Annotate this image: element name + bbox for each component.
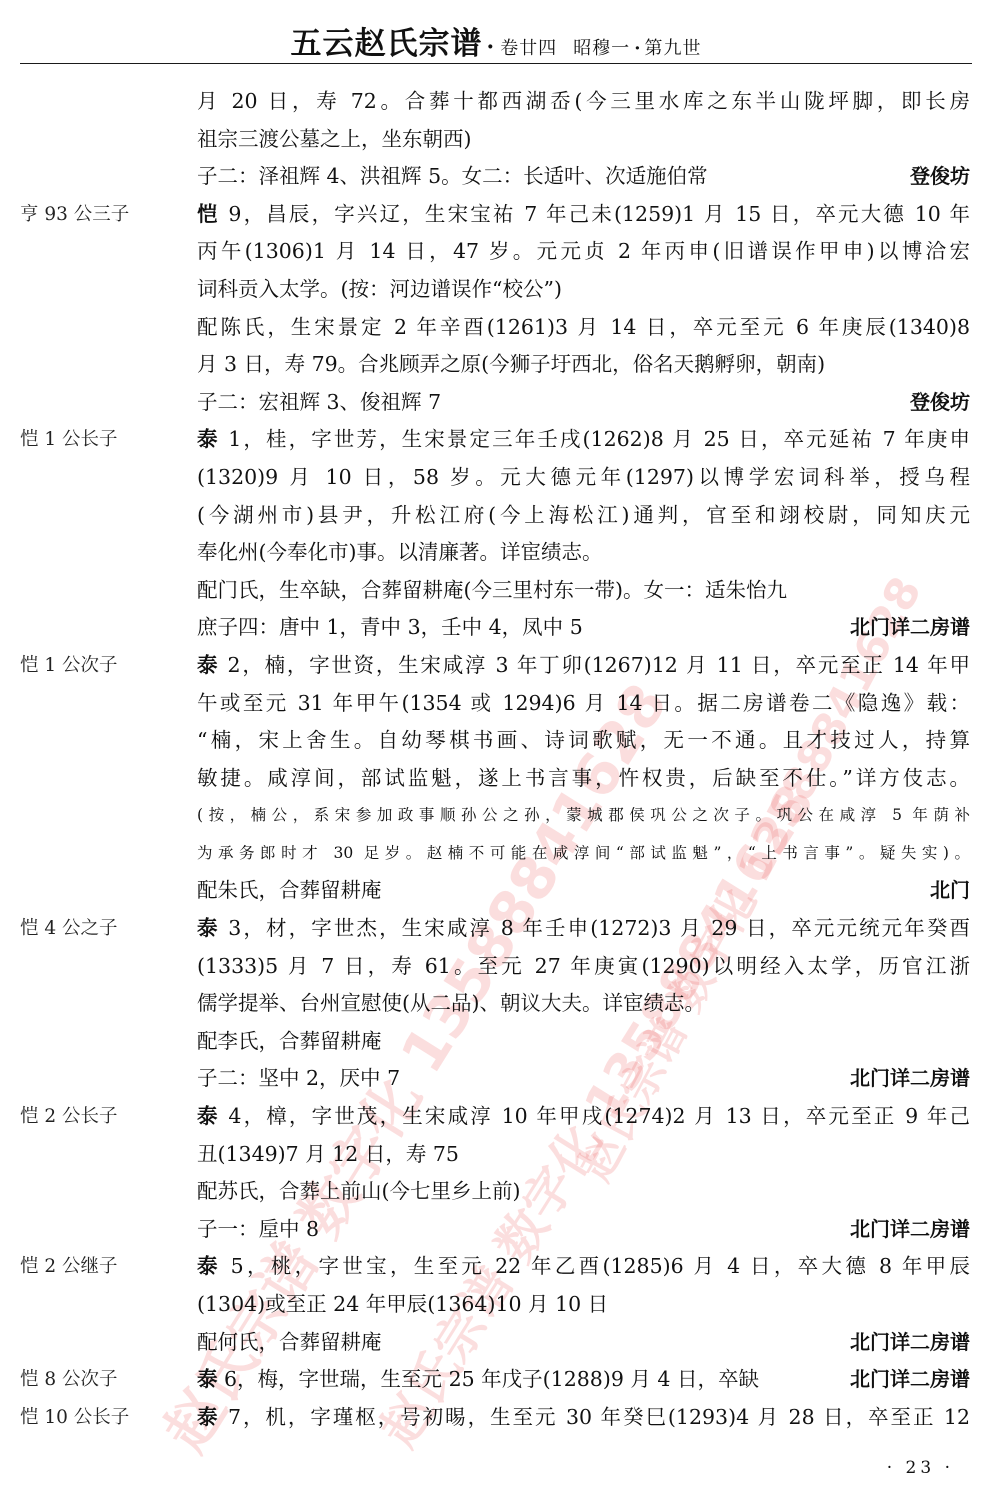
residence-tag: 北门详二房谱 xyxy=(850,609,970,647)
entry-text-content: 4，樟，字世茂，生宋咸淳 10 年甲戌(1274)2 月 13 日，卒元至正 9… xyxy=(220,1104,970,1128)
entry-line: 月 3 日，寿 79。合兆顾弄之原(今狮子圩西北，俗名天鹅孵卵，朝南) xyxy=(0,346,992,384)
residence-tag: 登俊坊 xyxy=(910,384,970,422)
entry-text: 奉化州(今奉化市)事。以清廉著。详宦绩志。 xyxy=(197,534,970,572)
lineage-label: 亨 93 公三子 xyxy=(20,196,129,234)
header-rule xyxy=(20,63,972,64)
entry-text: (今湖州市)县尹，升松江府(今上海松江)通判，官至和翊校尉，同知庆元 xyxy=(197,497,970,535)
entry-text-content: 子二：宏祖辉 3、俊祖辉 7 xyxy=(197,390,441,414)
residence-tag: 北门详二房谱 xyxy=(850,1361,970,1399)
entry-text: 配李氏，合葬留耕庵 xyxy=(197,1023,970,1061)
entry-line: (1333)5 月 7 日，寿 61。至元 27 年庚寅(1290)以明经入太学… xyxy=(0,948,992,986)
entry-text-content: 配陈氏，生宋景定 2 年辛酉(1261)3 月 14 日，卒元至元 6 年庚辰(… xyxy=(197,315,970,339)
entry-text-content: 奉化州(今奉化市)事。以清廉著。详宦绩志。 xyxy=(197,540,603,564)
volume-label: 卷廿四 xyxy=(500,38,557,59)
residence-tag: 北门详二房谱 xyxy=(850,1324,970,1362)
entry-line: (按，楠公，系宋参加政事顺孙公之孙，蒙城郡侯巩公之次子。巩公在咸淳 5 年荫补 xyxy=(0,797,992,835)
entry-line: 词科贡入太学。(按：河边谱误作“校公”) xyxy=(0,271,992,309)
entry-first-line: 恺 2 公长子泰 4，樟，字世茂，生宋咸淳 10 年甲戌(1274)2 月 13… xyxy=(0,1098,992,1136)
entry-line: 子二：泽祖辉 4、洪祖辉 5。女二：长适叶、次适施伯常登俊坊 xyxy=(0,158,992,196)
entry-text: 配苏氏，合葬上前山(今七里乡上前) xyxy=(197,1173,970,1211)
entry-text: (1333)5 月 7 日，寿 61。至元 27 年庚寅(1290)以明经入太学… xyxy=(197,948,970,986)
residence-tag: 北门详二房谱 xyxy=(850,1211,970,1249)
entry-text: 泰 3，材，字世杰，生宋咸淳 8 年壬申(1272)3 月 29 日，卒元元统元… xyxy=(197,910,970,948)
entry-text: 词科贡入太学。(按：河边谱误作“校公”) xyxy=(197,271,970,309)
generation-name-char: 泰 xyxy=(197,1405,219,1429)
entry-line: 子二：宏祖辉 3、俊祖辉 7登俊坊 xyxy=(0,384,992,422)
entry-text: 月 20 日，寿 72。合葬十都西湖岙(今三里水库之东半山陇坪脚，即长房 xyxy=(197,83,970,121)
entry-text: 泰 4，樟，字世茂，生宋咸淳 10 年甲戌(1274)2 月 13 日，卒元至正… xyxy=(197,1098,970,1136)
entry-text: 配陈氏，生宋景定 2 年辛酉(1261)3 月 14 日，卒元至元 6 年庚辰(… xyxy=(197,309,970,347)
entry-text: “楠，宋上舍生。自幼琴棋书画、诗词歌赋，无一不通。且才技过人，持算 xyxy=(197,722,970,760)
entry-line: 配李氏，合葬留耕庵 xyxy=(0,1023,992,1061)
entry-line: 配陈氏，生宋景定 2 年辛酉(1261)3 月 14 日，卒元至元 6 年庚辰(… xyxy=(0,309,992,347)
entry-text: 午或至元 31 年甲午(1354 或 1294)6 月 14 日。据二房谱卷二《… xyxy=(197,685,970,723)
entry-text: 子二：宏祖辉 3、俊祖辉 7 xyxy=(197,384,970,422)
entry-text-content: 配门氏，生卒缺，合葬留耕庵(今三里村东一带)。女一：适朱怡九 xyxy=(197,578,787,602)
entry-line: “楠，宋上舍生。自幼琴棋书画、诗词歌赋，无一不通。且才技过人，持算 xyxy=(0,722,992,760)
lineage-label: 恺 2 公继子 xyxy=(20,1248,118,1286)
entry-text-content: 为承务郎时才 30 足岁。赵楠不可能在咸淳间“部试监魁”，“上书言事”。疑失实)… xyxy=(197,844,970,862)
entry-text-content: 丑(1349)7 月 12 日，寿 75 xyxy=(197,1142,459,1166)
entry-text-content: 1，桂，字世芳，生宋景定三年壬戌(1262)8 月 25 日，卒元延祐 7 年庚… xyxy=(220,427,970,451)
entry-line: 敏捷。咸淳间，部试监魁，遂上书言事，忤权贵，后缺至不仕。”详方伎志。 xyxy=(0,760,992,798)
generation-name-char: 泰 xyxy=(197,1367,218,1391)
entry-text-content: 配苏氏，合葬上前山(今七里乡上前) xyxy=(197,1179,521,1203)
entry-text: 恺 9，昌辰，字兴辽，生宋宝祐 7 年己未(1259)1 月 15 日，卒元大德… xyxy=(197,196,970,234)
generation-label: 第九世 xyxy=(644,38,701,59)
entry-text-content: 5，桃，字世宝，生至元 22 年乙酉(1285)6 月 4 日，卒大德 8 年甲… xyxy=(221,1254,970,1278)
entry-line: (1320)9 月 10 日，58 岁。元大德元年(1297)以博学宏词科举，授… xyxy=(0,459,992,497)
entry-text-content: 2，楠，字世资，生宋咸淳 3 年丁卯(1267)12 月 11 日，卒元至正 1… xyxy=(219,653,970,677)
entry-text-content: (1333)5 月 7 日，寿 61。至元 27 年庚寅(1290)以明经入太学… xyxy=(197,954,970,978)
entry-text-content: (按，楠公，系宋参加政事顺孙公之孙，蒙城郡侯巩公之次子。巩公在咸淳 5 年荫补 xyxy=(197,806,970,824)
entry-text-content: (1320)9 月 10 日，58 岁。元大德元年(1297)以博学宏词科举，授… xyxy=(197,465,970,489)
entry-text-content: 7，机，字瑾枢，号初晹，生至元 30 年癸巳(1293)4 月 28 日，卒至正… xyxy=(219,1405,970,1429)
entry-text-content: 午或至元 31 年甲午(1354 或 1294)6 月 14 日。据二房谱卷二《… xyxy=(197,691,970,715)
entry-text: (1320)9 月 10 日，58 岁。元大德元年(1297)以博学宏词科举，授… xyxy=(197,459,970,497)
entry-line: 庶子四：唐中 1，青中 3，壬中 4，凤中 5北门详二房谱 xyxy=(0,609,992,647)
entry-text-content: (1304)或至正 24 年甲辰(1364)10 月 10 日 xyxy=(197,1292,608,1316)
lineage-label: 恺 8 公次子 xyxy=(20,1361,118,1399)
entry-text-content: 子二：泽祖辉 4、洪祖辉 5。女二：长适叶、次适施伯常 xyxy=(197,164,708,188)
running-header: 五云赵氏宗谱·卷廿四昭穆一·第九世 xyxy=(0,18,992,62)
entry-line: 子二：坚中 2，厌中 7北门详二房谱 xyxy=(0,1060,992,1098)
entry-text-content: 月 20 日，寿 72。合葬十都西湖岙(今三里水库之东半山陇坪脚，即长房 xyxy=(197,89,970,113)
generation-name-char: 泰 xyxy=(197,653,219,677)
entry-line: 祖宗三渡公墓之上，坐东朝西) xyxy=(0,121,992,159)
entry-text-content: 月 3 日，寿 79。合兆顾弄之原(今狮子圩西北，俗名天鹅孵卵，朝南) xyxy=(197,352,825,376)
entry-line: 月 20 日，寿 72。合葬十都西湖岙(今三里水库之东半山陇坪脚，即长房 xyxy=(0,83,992,121)
entry-text-content: 3，材，字世杰，生宋咸淳 8 年壬申(1272)3 月 29 日，卒元元统元年癸… xyxy=(220,916,970,940)
entry-text: 配朱氏，合葬留耕庵 xyxy=(197,872,970,910)
entry-first-line: 亨 93 公三子恺 9，昌辰，字兴辽，生宋宝祐 7 年己未(1259)1 月 1… xyxy=(0,196,992,234)
entry-text: 泰 1，桂，字世芳，生宋景定三年壬戌(1262)8 月 25 日，卒元延祐 7 … xyxy=(197,421,970,459)
entry-text: 儒学提举、台州宣慰使(从二品)、朝议大夫。详宦绩志。 xyxy=(197,985,970,1023)
entry-text: 丙午(1306)1 月 14 日，47 岁。元元贞 2 年丙申(旧谱误作甲申)以… xyxy=(197,233,970,271)
residence-tag: 登俊坊 xyxy=(910,158,970,196)
entry-text: 祖宗三渡公墓之上，坐东朝西) xyxy=(197,121,970,159)
entry-line: 子一：垕中 8北门详二房谱 xyxy=(0,1211,992,1249)
entry-first-line: 恺 1 公次子泰 2，楠，字世资，生宋咸淳 3 年丁卯(1267)12 月 11… xyxy=(0,647,992,685)
entry-line: 配门氏，生卒缺，合葬留耕庵(今三里村东一带)。女一：适朱怡九 xyxy=(0,572,992,610)
section-label: 昭穆一 xyxy=(573,38,630,59)
book-title: 五云赵氏宗谱 xyxy=(291,26,483,62)
generation-name-char: 泰 xyxy=(197,427,220,451)
entry-line: 丑(1349)7 月 12 日，寿 75 xyxy=(0,1136,992,1174)
entry-text: 月 3 日，寿 79。合兆顾弄之原(今狮子圩西北，俗名天鹅孵卵，朝南) xyxy=(197,346,970,384)
entry-text-content: 子二：坚中 2，厌中 7 xyxy=(197,1066,400,1090)
entry-line: 奉化州(今奉化市)事。以清廉著。详宦绩志。 xyxy=(0,534,992,572)
entry-text-content: 子一：垕中 8 xyxy=(197,1217,319,1241)
entry-text: 子二：泽祖辉 4、洪祖辉 5。女二：长适叶、次适施伯常 xyxy=(197,158,970,196)
entry-text-content: 丙午(1306)1 月 14 日，47 岁。元元贞 2 年丙申(旧谱误作甲申)以… xyxy=(197,239,970,263)
entry-line: 儒学提举、台州宣慰使(从二品)、朝议大夫。详宦绩志。 xyxy=(0,985,992,1023)
entry-text-content: 敏捷。咸淳间，部试监魁，遂上书言事，忤权贵，后缺至不仕。”详方伎志。 xyxy=(197,766,970,790)
entry-text-content: 儒学提举、台州宣慰使(从二品)、朝议大夫。详宦绩志。 xyxy=(197,991,705,1015)
entry-text-content: (今湖州市)县尹，升松江府(今上海松江)通判，官至和翊校尉，同知庆元 xyxy=(197,503,970,527)
generation-name-char: 泰 xyxy=(197,1254,221,1278)
lineage-label: 恺 1 公长子 xyxy=(20,421,118,459)
entry-line: (今湖州市)县尹，升松江府(今上海松江)通判，官至和翊校尉，同知庆元 xyxy=(0,497,992,535)
lineage-label: 恺 2 公长子 xyxy=(20,1098,118,1136)
entry-line: 配朱氏，合葬留耕庵北门 xyxy=(0,872,992,910)
entry-text-content: 词科贡入太学。(按：河边谱误作“校公”) xyxy=(197,277,562,301)
generation-name-char: 恺 xyxy=(197,202,220,226)
entry-text: 丑(1349)7 月 12 日，寿 75 xyxy=(197,1136,970,1174)
header-separator-2: · xyxy=(634,38,640,59)
residence-tag: 北门详二房谱 xyxy=(850,1060,970,1098)
lineage-label: 恺 1 公次子 xyxy=(20,647,118,685)
annotation-text: (按，楠公，系宋参加政事顺孙公之孙，蒙城郡侯巩公之次子。巩公在咸淳 5 年荫补 xyxy=(197,797,970,835)
entry-first-line: 恺 2 公继子泰 5，桃，字世宝，生至元 22 年乙酉(1285)6 月 4 日… xyxy=(0,1248,992,1286)
entry-line: 为承务郎时才 30 足岁。赵楠不可能在咸淳间“部试监魁”，“上书言事”。疑失实)… xyxy=(0,835,992,873)
lineage-label: 恺 4 公之子 xyxy=(20,910,118,948)
entry-text-content: 配李氏，合葬留耕庵 xyxy=(197,1029,382,1053)
annotation-text: 为承务郎时才 30 足岁。赵楠不可能在咸淳间“部试监魁”，“上书言事”。疑失实)… xyxy=(197,835,970,873)
entry-text-content: 祖宗三渡公墓之上，坐东朝西) xyxy=(197,127,472,151)
entry-text-content: “楠，宋上舍生。自幼琴棋书画、诗词歌赋，无一不通。且才技过人，持算 xyxy=(197,728,970,752)
entry-text-content: 配何氏，合葬留耕庵 xyxy=(197,1330,382,1354)
entry-text-content: 9，昌辰，字兴辽，生宋宝祐 7 年己未(1259)1 月 15 日，卒元大德 1… xyxy=(220,202,970,226)
entry-text: (1304)或至正 24 年甲辰(1364)10 月 10 日 xyxy=(197,1286,970,1324)
entry-first-line: 恺 10 公长子泰 7，机，字瑾枢，号初晹，生至元 30 年癸巳(1293)4 … xyxy=(0,1399,992,1437)
genealogy-body: 月 20 日，寿 72。合葬十都西湖岙(今三里水库之东半山陇坪脚，即长房祖宗三渡… xyxy=(0,83,992,1436)
entry-text-content: 6，梅，字世瑞，生至元 25 年戊子(1288)9 月 4 日，卒缺 xyxy=(218,1367,759,1391)
generation-name-char: 泰 xyxy=(197,916,220,940)
entry-line: 配何氏，合葬留耕庵北门详二房谱 xyxy=(0,1324,992,1362)
entry-text: 配门氏，生卒缺，合葬留耕庵(今三里村东一带)。女一：适朱怡九 xyxy=(197,572,970,610)
entry-line: (1304)或至正 24 年甲辰(1364)10 月 10 日 xyxy=(0,1286,992,1324)
header-separator: · xyxy=(487,34,495,60)
entry-line: 丙午(1306)1 月 14 日，47 岁。元元贞 2 年丙申(旧谱误作甲申)以… xyxy=(0,233,992,271)
generation-name-char: 泰 xyxy=(197,1104,220,1128)
entry-first-line: 恺 1 公长子泰 1，桂，字世芳，生宋景定三年壬戌(1262)8 月 25 日，… xyxy=(0,421,992,459)
lineage-label: 恺 10 公长子 xyxy=(20,1399,129,1437)
page-number: · 23 · xyxy=(887,1458,954,1478)
entry-text: 泰 7，机，字瑾枢，号初晹，生至元 30 年癸巳(1293)4 月 28 日，卒… xyxy=(197,1399,970,1437)
entry-first-line: 恺 4 公之子泰 3，材，字世杰，生宋咸淳 8 年壬申(1272)3 月 29 … xyxy=(0,910,992,948)
entry-text-content: 庶子四：唐中 1，青中 3，壬中 4，凤中 5 xyxy=(197,615,583,639)
entry-text: 敏捷。咸淳间，部试监魁，遂上书言事，忤权贵，后缺至不仕。”详方伎志。 xyxy=(197,760,970,798)
entry-text-content: 配朱氏，合葬留耕庵 xyxy=(197,878,382,902)
entry-text: 泰 5，桃，字世宝，生至元 22 年乙酉(1285)6 月 4 日，卒大德 8 … xyxy=(197,1248,970,1286)
entry-line: 配苏氏，合葬上前山(今七里乡上前) xyxy=(0,1173,992,1211)
entry-first-line: 恺 8 公次子泰 6，梅，字世瑞，生至元 25 年戊子(1288)9 月 4 日… xyxy=(0,1361,992,1399)
entry-line: 午或至元 31 年甲午(1354 或 1294)6 月 14 日。据二房谱卷二《… xyxy=(0,685,992,723)
residence-tag: 北门 xyxy=(930,872,970,910)
entry-text: 泰 2，楠，字世资，生宋咸淳 3 年丁卯(1267)12 月 11 日，卒元至正… xyxy=(197,647,970,685)
